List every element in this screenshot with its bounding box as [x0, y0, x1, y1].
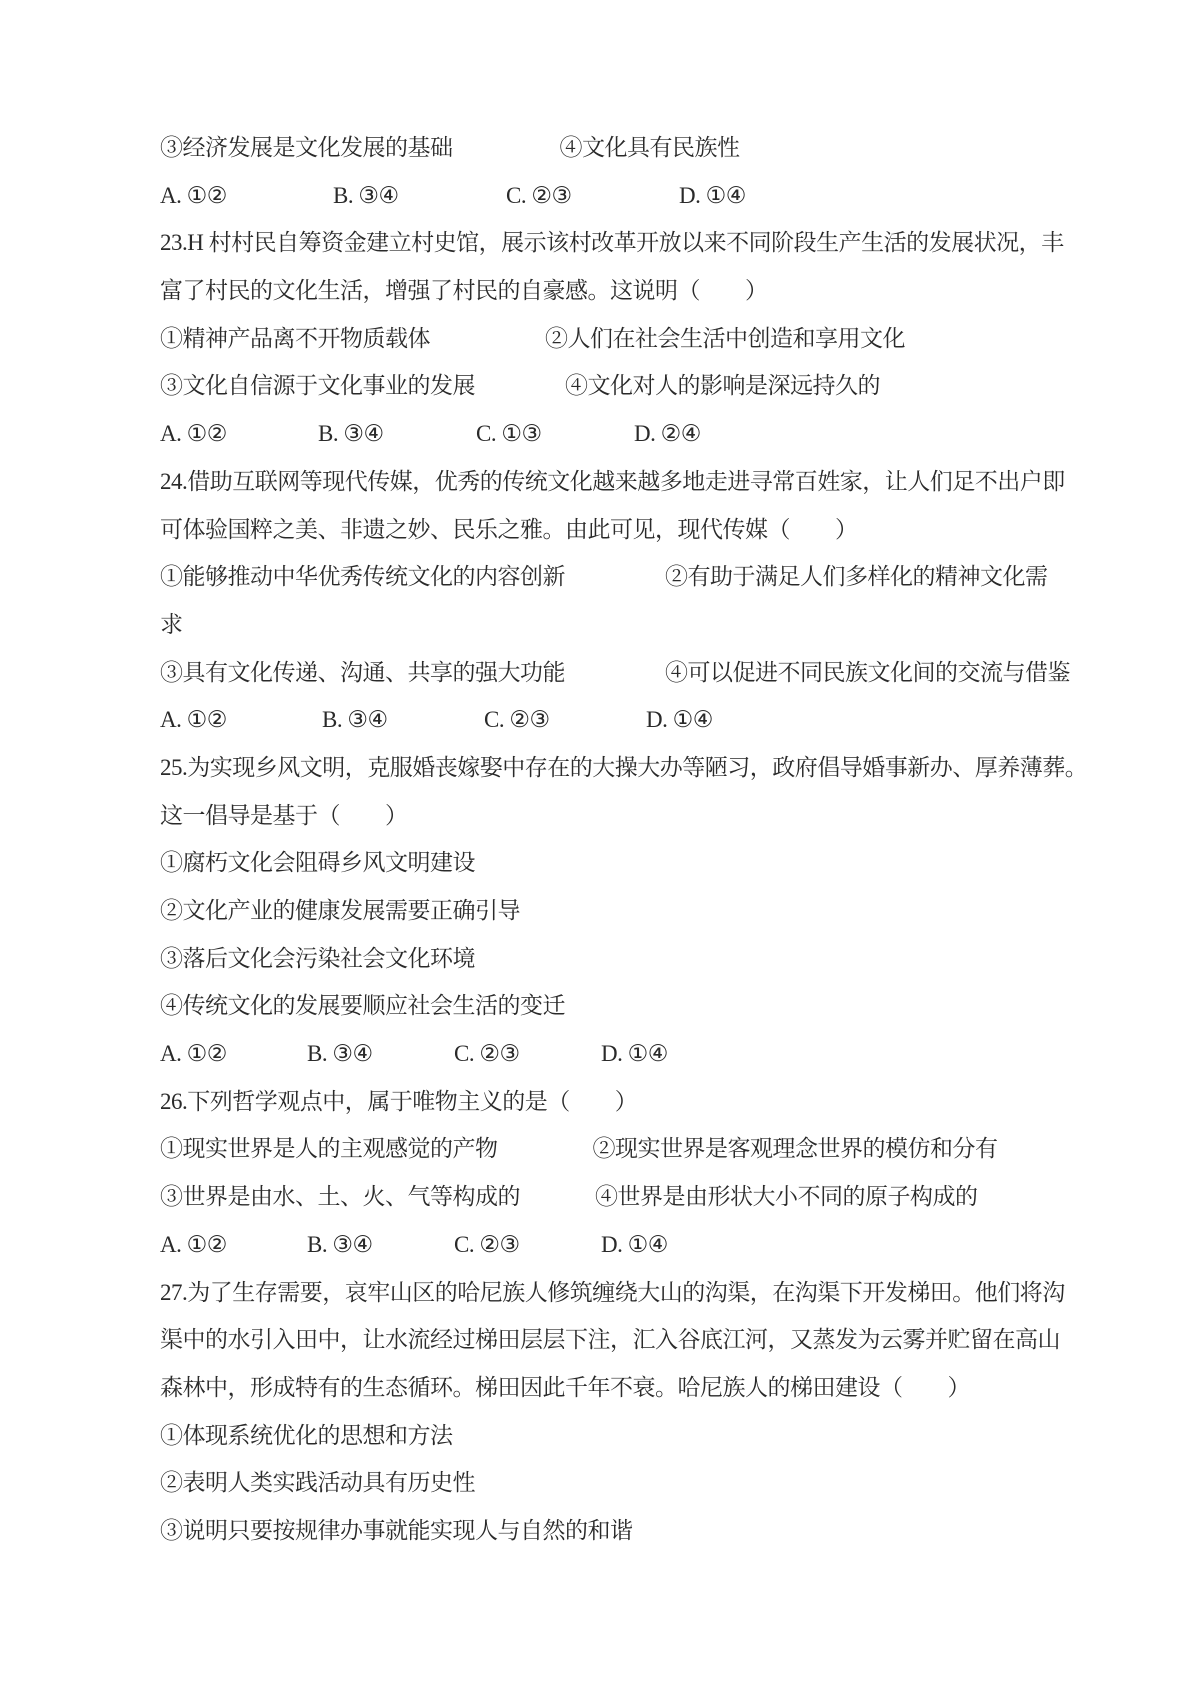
- answer-option: C. ②③: [506, 172, 679, 220]
- option-pair-row: ①能够推动中华优秀传统文化的内容创新②有助于满足人们多样化的精神文化需: [160, 553, 1065, 601]
- answer-option: C. ②③: [454, 1030, 601, 1078]
- answer-option: A. ①②: [160, 696, 322, 744]
- answer-option: B. ③④: [333, 172, 506, 220]
- text-line: ③落后文化会污染社会文化环境: [160, 935, 1065, 983]
- answer-option: B. ③④: [318, 410, 476, 458]
- option-item: ③具有文化传递、沟通、共享的强大功能: [160, 649, 565, 697]
- answer-option: A. ①②: [160, 410, 318, 458]
- text-line: 26.下列哲学观点中，属于唯物主义的是（ ）: [160, 1078, 1065, 1126]
- option-item: ③世界是由水、土、火、气等构成的: [160, 1173, 520, 1221]
- answer-option: C. ②③: [484, 696, 646, 744]
- option-item: ③经济发展是文化发展的基础: [160, 124, 453, 172]
- answer-option: A. ①②: [160, 172, 333, 220]
- answer-options-row: A. ①②B. ③④C. ②③D. ①④: [160, 1221, 1065, 1269]
- text-line: ②文化产业的健康发展需要正确引导: [160, 887, 1065, 935]
- answer-options-row: A. ①②B. ③④C. ②③D. ①④: [160, 172, 1065, 220]
- answer-option: B. ③④: [322, 696, 484, 744]
- text-line: 渠中的水引入田中，让水流经过梯田层层下注，汇入谷底江河，又蒸发为云雾并贮留在高山: [160, 1316, 1065, 1364]
- text-line: 这一倡导是基于（ ）: [160, 792, 1065, 840]
- option-item: ②有助于满足人们多样化的精神文化需: [665, 553, 1048, 601]
- text-line: 可体验国粹之美、非遗之妙、民乐之雅。由此可见，现代传媒（ ）: [160, 506, 1065, 554]
- option-item: ④文化具有民族性: [560, 124, 740, 172]
- answer-option: D. ②④: [634, 410, 701, 458]
- text-line: 富了村民的文化生活，增强了村民的自豪感。这说明（ ）: [160, 267, 1065, 315]
- option-pair-row: ③经济发展是文化发展的基础④文化具有民族性: [160, 124, 1065, 172]
- text-line: ①腐朽文化会阻碍乡风文明建设: [160, 839, 1065, 887]
- option-item: ①现实世界是人的主观感觉的产物: [160, 1125, 498, 1173]
- option-item: ①精神产品离不开物质载体: [160, 315, 430, 363]
- option-pair-row: ③具有文化传递、沟通、共享的强大功能④可以促进不同民族文化间的交流与借鉴: [160, 649, 1065, 697]
- option-item: ④世界是由形状大小不同的原子构成的: [595, 1173, 978, 1221]
- text-line: 24.借助互联网等现代传媒，优秀的传统文化越来越多地走进寻常百姓家，让人们足不出…: [160, 458, 1065, 506]
- answer-option: D. ①④: [679, 172, 746, 220]
- answer-options-row: A. ①②B. ③④C. ①③D. ②④: [160, 410, 1065, 458]
- answer-option: A. ①②: [160, 1221, 307, 1269]
- option-pair-row: ③文化自信源于文化事业的发展④文化对人的影响是深远持久的: [160, 362, 1065, 410]
- option-pair-row: ①精神产品离不开物质载体②人们在社会生活中创造和享用文化: [160, 315, 1065, 363]
- option-item: ②人们在社会生活中创造和享用文化: [545, 315, 905, 363]
- option-item: ①能够推动中华优秀传统文化的内容创新: [160, 553, 565, 601]
- option-pair-row: ①现实世界是人的主观感觉的产物②现实世界是客观理念世界的模仿和分有: [160, 1125, 1065, 1173]
- text-line: 23.H 村村民自筹资金建立村史馆，展示该村改革开放以来不同阶段生产生活的发展状…: [160, 219, 1065, 267]
- text-line: 27.为了生存需要，哀牢山区的哈尼族人修筑缠绕大山的沟渠，在沟渠下开发梯田。他们…: [160, 1269, 1065, 1317]
- answer-option: D. ①④: [646, 696, 713, 744]
- answer-options-row: A. ①②B. ③④C. ②③D. ①④: [160, 1030, 1065, 1078]
- answer-option: C. ②③: [454, 1221, 601, 1269]
- answer-options-row: A. ①②B. ③④C. ②③D. ①④: [160, 696, 1065, 744]
- text-line: ③说明只要按规律办事就能实现人与自然的和谐: [160, 1507, 1065, 1555]
- exam-document-page: ③经济发展是文化发展的基础④文化具有民族性A. ①②B. ③④C. ②③D. ①…: [0, 0, 1200, 1698]
- option-item: ④可以促进不同民族文化间的交流与借鉴: [665, 649, 1070, 697]
- text-line: ④传统文化的发展要顺应社会生活的变迁: [160, 982, 1065, 1030]
- answer-option: D. ①④: [601, 1030, 668, 1078]
- answer-option: B. ③④: [307, 1030, 454, 1078]
- answer-option: A. ①②: [160, 1030, 307, 1078]
- answer-option: D. ①④: [601, 1221, 668, 1269]
- text-line: 25.为实现乡风文明，克服婚丧嫁娶中存在的大操大办等陋习，政府倡导婚事新办、厚养…: [160, 744, 1065, 792]
- option-item: ②现实世界是客观理念世界的模仿和分有: [593, 1125, 998, 1173]
- text-line: 求: [160, 601, 1065, 649]
- option-item: ④文化对人的影响是深远持久的: [565, 362, 880, 410]
- text-line: 森林中，形成特有的生态循环。梯田因此千年不衰。哈尼族人的梯田建设（ ）: [160, 1364, 1065, 1412]
- text-line: ②表明人类实践活动具有历史性: [160, 1459, 1065, 1507]
- document-text-block: ③经济发展是文化发展的基础④文化具有民族性A. ①②B. ③④C. ②③D. ①…: [160, 124, 1065, 1555]
- option-item: ③文化自信源于文化事业的发展: [160, 362, 475, 410]
- option-pair-row: ③世界是由水、土、火、气等构成的④世界是由形状大小不同的原子构成的: [160, 1173, 1065, 1221]
- answer-option: C. ①③: [476, 410, 634, 458]
- text-line: ①体现系统优化的思想和方法: [160, 1412, 1065, 1460]
- answer-option: B. ③④: [307, 1221, 454, 1269]
